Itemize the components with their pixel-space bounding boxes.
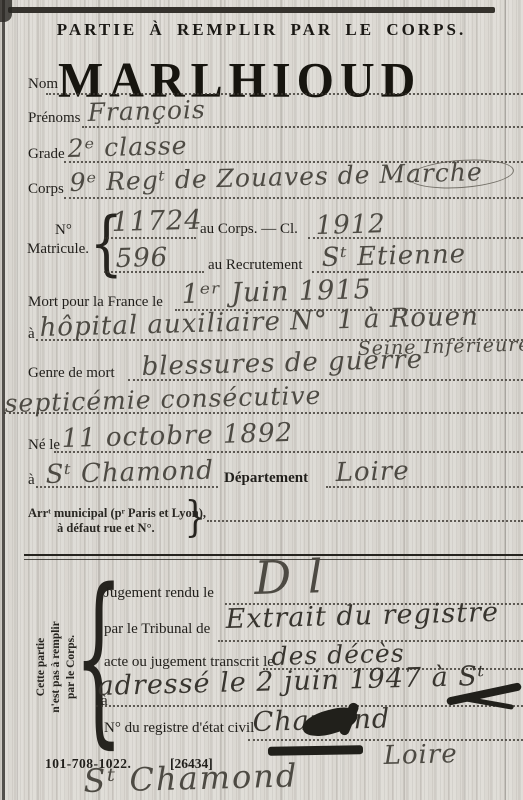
- dotted-line: [4, 412, 523, 414]
- annotation-commune: Sᵗ Chamond: [83, 756, 299, 800]
- lieu-mort-label: à: [28, 326, 35, 343]
- naissance-date-value: 11 octobre 1892: [61, 418, 293, 454]
- lieu-naissance-value: Sᵗ Chamond: [45, 456, 214, 490]
- dotted-line: [326, 486, 523, 488]
- matricule-recrutement-number: 596: [115, 243, 168, 274]
- scan-top-edge-line: [8, 7, 495, 13]
- matricule-corps-caption: au Corps. — Cl.: [200, 221, 298, 238]
- lieu-naissance-label: à: [28, 472, 35, 489]
- nom-label: Nom: [28, 76, 58, 93]
- arrondissement-brace: }: [185, 496, 206, 538]
- annotation-departement: Loire: [383, 739, 458, 771]
- genre-mort-value: blessures de guerre: [141, 345, 423, 382]
- arrondissement-label-line2: à défaut rue et N°.: [57, 521, 155, 536]
- jugement-value: D l: [254, 549, 325, 605]
- dotted-line: [207, 520, 523, 522]
- dotted-line: [104, 271, 204, 273]
- scan-right-edge-line: [505, 0, 506, 800]
- dotted-line: [312, 271, 523, 273]
- military-death-record-scan: PARTIE À REMPLIR PAR LE CORPS. Nom MARLH…: [0, 0, 523, 800]
- dotted-line: [308, 237, 523, 239]
- grade-value: 2ᵉ classe: [67, 131, 188, 163]
- genre-mort-label: Genre de mort: [28, 365, 115, 382]
- matricule-recrutement-place: Sᵗ Etienne: [321, 239, 466, 273]
- grade-label: Grade: [28, 146, 65, 163]
- dotted-line: [64, 197, 523, 199]
- dotted-line: [54, 451, 523, 453]
- prenoms-label: Prénoms: [28, 110, 81, 127]
- dotted-line: [128, 379, 523, 381]
- departement-label: Département: [224, 470, 308, 487]
- side-note-line1: Cette partie: [34, 572, 49, 762]
- dotted-line: [36, 486, 218, 488]
- form-section-title: PARTIE À REMPLIR PAR LE CORPS.: [0, 20, 523, 40]
- matricule-recrutement-caption: au Recrutement: [208, 257, 303, 274]
- tribunal-label: par le Tribunal de: [104, 621, 210, 638]
- registre-label: N° du registre d'état civil: [104, 720, 254, 737]
- matricule-label-line2: Matricule.: [27, 241, 89, 258]
- mort-label: Mort pour la France le: [28, 294, 163, 311]
- corps-label: Corps: [28, 181, 64, 198]
- matricule-corps-number: 11724: [111, 205, 203, 238]
- ink-bar-mark: [268, 745, 363, 756]
- arrondissement-label-line1: Arrᵗ municipal (pʳ Paris et Lyon),: [28, 506, 206, 521]
- departement-value: Loire: [335, 456, 410, 488]
- tribunal-value: Extrait du registre: [225, 597, 499, 635]
- matricule-label-line1: N°: [55, 222, 72, 239]
- dotted-line: [46, 93, 523, 95]
- jugement-label: Jugement rendu le: [104, 585, 214, 602]
- prenoms-value: François: [87, 95, 206, 127]
- dotted-line: [104, 237, 196, 239]
- dotted-line: [82, 126, 523, 128]
- side-note-line2: n'est pas à remplir: [49, 572, 64, 762]
